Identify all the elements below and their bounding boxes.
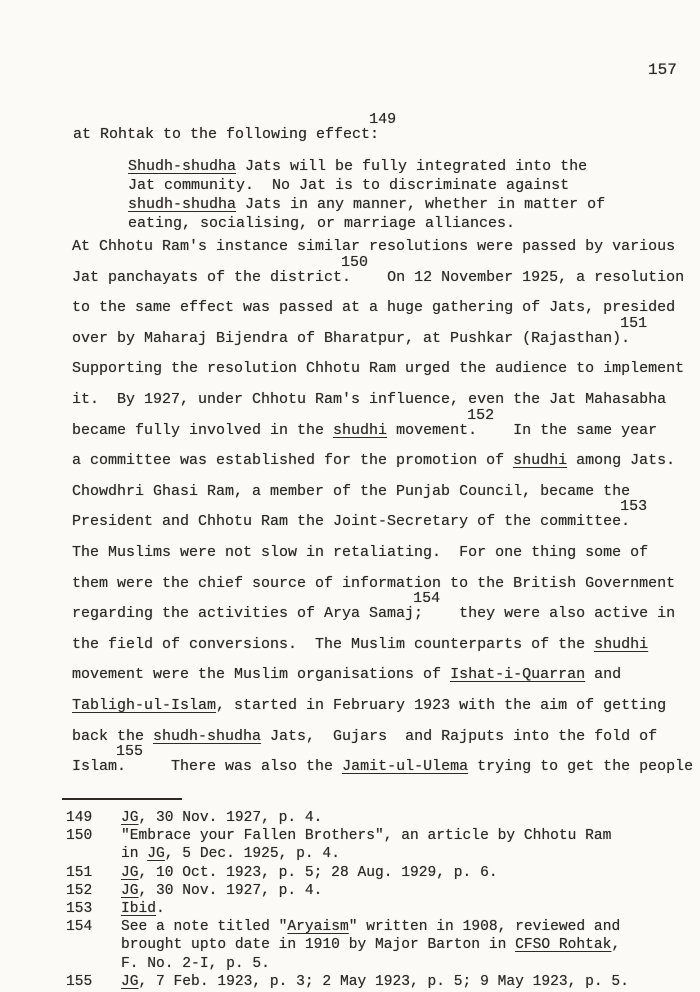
text-run: At Chhotu Ram's instance similar resolut… xyxy=(72,238,675,255)
text-line: Tabligh-ul-Islam, started in February 19… xyxy=(72,691,693,722)
text-run: Jats, Gujars and Rajputs into the fold o… xyxy=(261,728,657,745)
text-run: "Embrace your Fallen Brothers", an artic… xyxy=(121,828,611,844)
footnote-item: 149JG, 30 Nov. 1927, p. 4. xyxy=(66,809,629,827)
text-run: the field of conversions. The Muslim cou… xyxy=(72,636,594,653)
text-line: regarding the activities of Arya Samaj;1… xyxy=(72,599,693,630)
text-run: and xyxy=(585,666,621,683)
underlined-term: shudhi xyxy=(333,422,387,439)
footnote-marker: 150 xyxy=(341,254,368,271)
text-run: eating, socialising, or marriage allianc… xyxy=(128,215,515,232)
text-line: it. By 1927, under Chhotu Ram's influenc… xyxy=(72,385,693,416)
text-line: Jat panchayats of the district.150 On 12… xyxy=(72,263,693,294)
text-run: movement were the Muslim organisations o… xyxy=(72,666,450,683)
text-run: trying to get the people xyxy=(468,758,693,775)
underlined-term: shudh-shudha xyxy=(153,728,261,745)
text-run: Jat community. No Jat is to discriminate… xyxy=(128,177,569,194)
footnote-item: 151JG, 10 Oct. 1923, p. 5; 28 Aug. 1929,… xyxy=(66,864,629,882)
text-line: JG, 30 Nov. 1927, p. 4. xyxy=(121,809,322,827)
underlined-term: JG xyxy=(121,974,139,990)
underlined-term: Shudh-shudha xyxy=(128,158,236,175)
text-line: brought upto date in 1910 by Major Barto… xyxy=(121,936,620,954)
footnote-number: 150 xyxy=(66,827,121,845)
footnote-text: Ibid. xyxy=(121,900,165,918)
text-run: them were the chief source of informatio… xyxy=(72,575,675,592)
text-run: became fully involved in the xyxy=(72,422,333,439)
text-line: over by Maharaj Bijendra of Bharatpur, a… xyxy=(72,324,693,355)
blockquote: Shudh-shudha Jats will be fully integrat… xyxy=(128,157,605,233)
text-line: Chowdhri Ghasi Ram, a member of the Punj… xyxy=(72,477,693,508)
page-number: 157 xyxy=(648,61,677,79)
text-run: to the same effect was passed at a huge … xyxy=(72,299,675,316)
opening-paragraph: at Rohtak to the following effect:149 xyxy=(73,125,397,144)
text-line: Ibid. xyxy=(121,900,165,918)
footnote-separator xyxy=(62,798,182,800)
text-run: Jats in any manner, whether in matter of xyxy=(236,196,605,213)
text-run: On 12 November 1925, a resolution xyxy=(369,269,684,286)
footnote-text: JG, 30 Nov. 1927, p. 4. xyxy=(121,882,322,900)
text-run: See a note titled " xyxy=(121,919,287,935)
underlined-term: JG xyxy=(121,883,139,899)
scanned-document-page: 157 at Rohtak to the following effect:14… xyxy=(0,0,700,992)
footnote-number: 149 xyxy=(66,809,121,827)
text-run: There was also the xyxy=(144,758,342,775)
text-run: , 30 Nov. 1927, p. 4. xyxy=(139,810,323,826)
footnote-number: 153 xyxy=(66,900,121,918)
text-line: shudh-shudha Jats in any manner, whether… xyxy=(128,195,605,214)
text-line: to the same effect was passed at a huge … xyxy=(72,293,693,324)
text-run: brought upto date in 1910 by Major Barto… xyxy=(121,937,515,953)
footnote-marker: 154 xyxy=(413,590,440,607)
text-line: The Muslims were not slow in retaliating… xyxy=(72,538,693,569)
text-line: at Rohtak to the following effect:149 xyxy=(73,125,397,144)
text-run: F. No. 2-I, p. 5. xyxy=(121,956,270,972)
text-line: became fully involved in the shudhi move… xyxy=(72,416,693,447)
footnote-number: 152 xyxy=(66,882,121,900)
text-line: Shudh-shudha Jats will be fully integrat… xyxy=(128,157,605,176)
text-line: eating, socialising, or marriage allianc… xyxy=(128,214,605,233)
footnote-marker: 155 xyxy=(116,743,143,760)
footnote-item: 152JG, 30 Nov. 1927, p. 4. xyxy=(66,882,629,900)
text-line: JG, 10 Oct. 1923, p. 5; 28 Aug. 1929, p.… xyxy=(121,864,498,882)
text-line: JG, 30 Nov. 1927, p. 4. xyxy=(121,882,322,900)
text-run: . xyxy=(156,901,165,917)
underlined-term: JG xyxy=(121,865,139,881)
underlined-term: shudhi xyxy=(594,636,648,653)
underlined-term: CFSO Rohtak xyxy=(515,937,611,953)
text-run: President and Chhotu Ram the Joint-Secre… xyxy=(72,513,630,530)
text-run: " written in 1908, reviewed and xyxy=(349,919,621,935)
footnote-text: See a note titled "Aryaism" written in 1… xyxy=(121,918,620,973)
main-paragraph: At Chhotu Ram's instance similar resolut… xyxy=(72,232,693,783)
text-run: , 7 Feb. 1923, p. 3; 2 May 1923, p. 5; 9… xyxy=(139,974,629,990)
underlined-term: Jamit-ul-Ulema xyxy=(342,758,468,775)
text-run: they were also active in xyxy=(441,605,675,622)
footnote-text: "Embrace your Fallen Brothers", an artic… xyxy=(121,827,611,863)
text-line: the field of conversions. The Muslim cou… xyxy=(72,630,693,661)
footnote-marker: 149 xyxy=(369,111,396,128)
footnote-item: 150"Embrace your Fallen Brothers", an ar… xyxy=(66,827,629,863)
text-line: JG, 7 Feb. 1923, p. 3; 2 May 1923, p. 5;… xyxy=(121,973,629,991)
text-line: movement were the Muslim organisations o… xyxy=(72,660,693,691)
text-run: , 30 Nov. 1927, p. 4. xyxy=(139,883,323,899)
text-run: In the same year xyxy=(495,422,657,439)
text-run: Supporting the resolution Chhotu Ram urg… xyxy=(72,360,684,377)
footnote-marker: 153 xyxy=(620,498,647,515)
text-line: them were the chief source of informatio… xyxy=(72,569,693,600)
footnote-item: 154See a note titled "Aryaism" written i… xyxy=(66,918,629,973)
text-run: , started in February 1923 with the aim … xyxy=(216,697,666,714)
footnote-text: JG, 10 Oct. 1923, p. 5; 28 Aug. 1929, p.… xyxy=(121,864,498,882)
text-run: Chowdhri Ghasi Ram, a member of the Punj… xyxy=(72,483,630,500)
underlined-term: Ibid xyxy=(121,901,156,917)
footnote-number: 151 xyxy=(66,864,121,882)
text-run: The Muslims were not slow in retaliating… xyxy=(72,544,648,561)
text-run: movement. xyxy=(387,422,477,439)
text-run: a committee was established for the prom… xyxy=(72,452,513,469)
underlined-term: shudh-shudha xyxy=(128,196,236,213)
text-run: in xyxy=(121,846,147,862)
text-line: "Embrace your Fallen Brothers", an artic… xyxy=(121,827,611,845)
text-run: regarding the activities of Arya Samaj; xyxy=(72,605,423,622)
text-run: , 5 Dec. 1925, p. 4. xyxy=(165,846,340,862)
text-line: President and Chhotu Ram the Joint-Secre… xyxy=(72,507,693,538)
footnote-marker: 151 xyxy=(620,315,647,332)
text-run: back the xyxy=(72,728,153,745)
footnote-text: JG, 30 Nov. 1927, p. 4. xyxy=(121,809,322,827)
text-line: a committee was established for the prom… xyxy=(72,446,693,477)
text-run: it. By 1927, under Chhotu Ram's influenc… xyxy=(72,391,666,408)
text-line: in JG, 5 Dec. 1925, p. 4. xyxy=(121,845,611,863)
footnote-item: 153Ibid. xyxy=(66,900,629,918)
text-run: Islam. xyxy=(72,758,126,775)
text-line: back the shudh-shudha Jats, Gujars and R… xyxy=(72,722,693,753)
text-run: at Rohtak to the following effect: xyxy=(73,126,379,143)
underlined-term: Aryaism xyxy=(287,919,348,935)
footnote-item: 155JG, 7 Feb. 1923, p. 3; 2 May 1923, p.… xyxy=(66,973,629,991)
text-line: Jat community. No Jat is to discriminate… xyxy=(128,176,605,195)
footnotes-section: 149JG, 30 Nov. 1927, p. 4.150"Embrace yo… xyxy=(66,809,629,991)
text-run: Jat panchayats of the district. xyxy=(72,269,351,286)
text-line: Islam.155 There was also the Jamit-ul-Ul… xyxy=(72,752,693,783)
text-line: Supporting the resolution Chhotu Ram urg… xyxy=(72,354,693,385)
underlined-term: JG xyxy=(147,846,165,862)
text-line: F. No. 2-I, p. 5. xyxy=(121,955,620,973)
footnote-number: 154 xyxy=(66,918,121,936)
text-run: , xyxy=(611,937,620,953)
underlined-term: Tabligh-ul-Islam xyxy=(72,697,216,714)
underlined-term: JG xyxy=(121,810,139,826)
text-line: See a note titled "Aryaism" written in 1… xyxy=(121,918,620,936)
footnote-number: 155 xyxy=(66,973,121,991)
text-run: Jats will be fully integrated into the xyxy=(236,158,587,175)
text-line: At Chhotu Ram's instance similar resolut… xyxy=(72,232,693,263)
text-run: over by Maharaj Bijendra of Bharatpur, a… xyxy=(72,330,630,347)
text-run: among Jats. xyxy=(567,452,675,469)
text-run: , 10 Oct. 1923, p. 5; 28 Aug. 1929, p. 6… xyxy=(139,865,498,881)
underlined-term: Ishat-i-Quarran xyxy=(450,666,585,683)
footnote-text: JG, 7 Feb. 1923, p. 3; 2 May 1923, p. 5;… xyxy=(121,973,629,991)
underlined-term: shudhi xyxy=(513,452,567,469)
footnote-marker: 152 xyxy=(467,407,494,424)
